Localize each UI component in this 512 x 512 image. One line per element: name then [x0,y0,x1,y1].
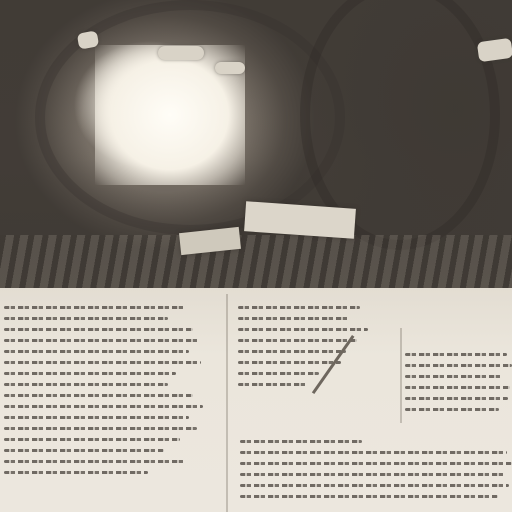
scattered-paper [244,201,356,239]
cave-scene [0,0,512,292]
rock [215,62,245,74]
handwriting-block-middle [238,306,373,394]
handwriting-block-bottom [240,440,512,506]
page-divider [226,294,228,512]
handwriting-block-right [405,353,512,419]
handwriting-block-left [4,306,209,482]
manuscript-pages [0,288,512,512]
rock [477,38,512,63]
sketch-artwork: Pencil/charcoal sketch of a cave tunnel … [0,0,512,512]
cave-floor [0,235,512,292]
page-divider [400,328,402,423]
rock [158,46,204,60]
